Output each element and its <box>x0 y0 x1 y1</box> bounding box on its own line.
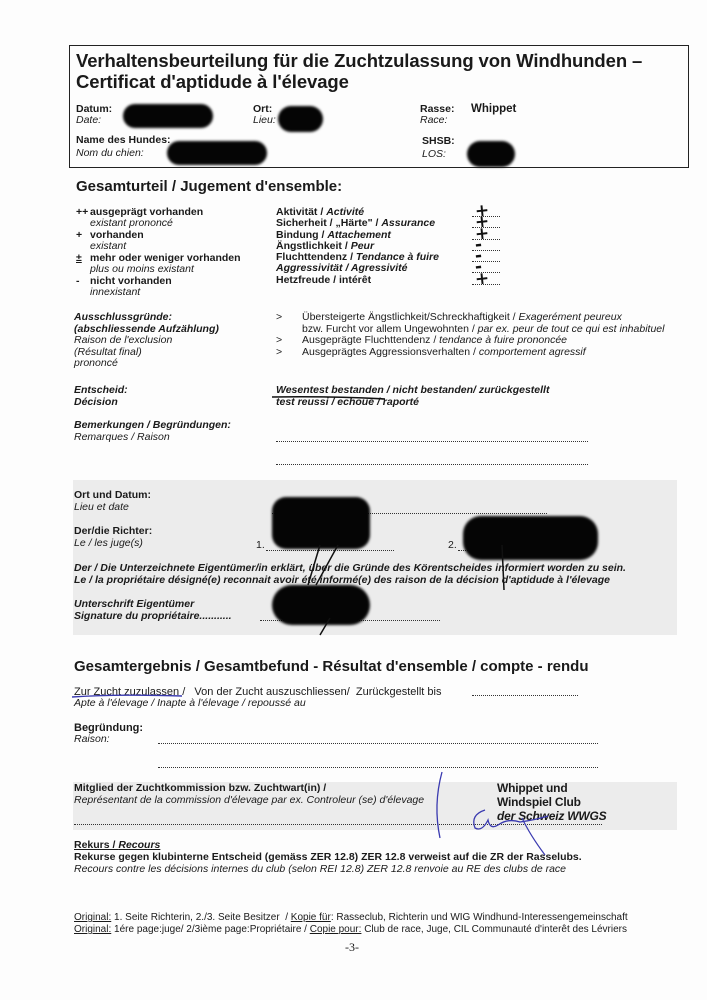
exclusion-de-cont: bzw. Furcht vor allem Ungewohnten / <box>302 323 478 335</box>
lieu-label: Lieu: <box>253 115 276 127</box>
redacted-place <box>278 106 323 132</box>
exclusion-item: >Übersteigerte Ängstlichkeit/Schreckhaft… <box>276 312 664 335</box>
remarks-line-1[interactable] <box>276 441 588 442</box>
los-label: LOS: <box>422 149 446 161</box>
trait-de: Ängstlichkeit / <box>276 240 351 252</box>
title-line-2: Certificat d'aptidude à l'élevage <box>76 71 642 92</box>
decision-handwritten-underline <box>270 393 390 407</box>
trait-list: Aktivität / Activité+Sicherheit / „Härte… <box>276 207 526 286</box>
plus-mark-icon: + <box>474 270 490 288</box>
exclusion-fr-cont: par ex. peur de tout ce qui est inhabitu… <box>478 323 665 335</box>
legend-symbol: - <box>76 276 80 288</box>
copy-label-fr: Copie pour: <box>310 924 362 935</box>
exclusion-de: Übersteigerte Ängstlichkeit/Schreckhafti… <box>302 311 519 323</box>
bullet-arrow-icon: > <box>276 347 282 359</box>
exclusion-de: Ausgeprägte Fluchttendenz / <box>302 334 439 346</box>
orig-text-de: 1. Seite Richterin, 2./3. Seite Besitzer… <box>111 912 291 923</box>
place-date-label: Ort und Datum: Lieu et date <box>74 490 151 513</box>
shsb-label: SHSB: <box>422 136 455 148</box>
place-date-de: Ort und Datum: <box>74 490 151 502</box>
commission-label-de: Mitglied der Zuchtkommission bzw. Zuchtw… <box>74 783 424 795</box>
appeal-heading-fr: Recours <box>118 839 160 851</box>
reason-label: Begründung: Raison: <box>74 722 143 746</box>
copy-label-de: Kopie für <box>291 912 331 923</box>
trait-de: Bindung / <box>276 229 327 241</box>
breed-value: Whippet <box>471 103 516 115</box>
trait-fr: Peur <box>351 240 374 252</box>
decision-label-de: Entscheid: <box>74 385 128 397</box>
redacted-registry <box>467 141 515 167</box>
trait-fr: Agressivité <box>351 262 408 274</box>
footer-distribution-fr: Original: 1ére page:juge/ 2/3ième page:P… <box>74 924 627 935</box>
owner-sig-fr: Signature du propriétaire........... <box>74 611 232 623</box>
redacted-dog-name <box>167 141 267 165</box>
redacted-date <box>123 104 213 128</box>
reason-fr: Raison: <box>74 734 143 746</box>
trait-label: Hetzfreude / intérêt <box>276 275 371 287</box>
trait-fr: intérêt <box>339 274 371 286</box>
result-heading: Gesamtergebnis / Gesamtbefund - Résultat… <box>74 658 589 675</box>
trait-de: Hetzfreude / <box>276 274 339 286</box>
appeal-heading: Rekurs / Recours <box>74 840 160 852</box>
judges-de: Der/die Richter: <box>74 526 152 538</box>
exclusion-de: Ausgeprägtes Aggressionsverhalten / <box>302 346 479 358</box>
chien-label: Nom du chien: <box>76 148 144 160</box>
bullet-arrow-icon: > <box>276 335 282 347</box>
exclusion-label-fr-1: Raison de l'exclusion <box>74 335 219 347</box>
exclusion-fr: Exagerément peureux <box>519 311 622 323</box>
trait-row: Hetzfreude / intérêt+ <box>276 275 526 286</box>
footer-distribution-de: Original: 1. Seite Richterin, 2./3. Seit… <box>74 912 628 923</box>
commission-label: Mitglied der Zuchtkommission bzw. Zuchtw… <box>74 783 424 806</box>
orig-label-fr: Original: <box>74 924 111 935</box>
judges-label: Der/die Richter: Le / les juge(s) <box>74 526 152 549</box>
exclusion-label-de-1: Ausschlussgründe: <box>74 312 219 324</box>
appeal-text-fr: Recours contre les décisions internes du… <box>74 864 566 876</box>
race-label: Race: <box>420 115 447 127</box>
legend-symbol: ++ <box>76 207 88 219</box>
judge-1-number: 1. <box>256 540 265 552</box>
trait-de: Fluchttendenz / <box>276 251 356 263</box>
judges-fr: Le / les juge(s) <box>74 538 152 550</box>
trait-fr: Activité <box>326 206 364 218</box>
exclusion-reasons: >Übersteigerte Ängstlichkeit/Schreckhaft… <box>276 312 664 358</box>
document-title: Verhaltensbeurteilung für die Zuchtzulas… <box>76 50 642 92</box>
legend-fr: existant prononcé <box>90 218 173 230</box>
postponed-until-line[interactable] <box>472 695 578 696</box>
date-label: Date: <box>76 115 101 127</box>
commission-signature <box>430 770 580 860</box>
trait-fr: Assurance <box>381 217 435 229</box>
overall-heading: Gesamturteil / Jugement d'ensemble: <box>76 178 342 195</box>
remarks-label-de: Bemerkungen / Begründungen: <box>74 420 231 432</box>
legend-symbol: + <box>76 230 82 242</box>
exclusion-label-fr-3: prononcé <box>74 358 219 370</box>
remarks-line-2[interactable] <box>276 464 588 465</box>
remarks-label: Bemerkungen / Begründungen: Remarques / … <box>74 420 231 443</box>
legend-fr: existant <box>90 241 126 253</box>
place-date-fr: Lieu et date <box>74 502 151 514</box>
decision-label: Entscheid: Décision <box>74 385 128 408</box>
trait-fr: Tendance à fuire <box>356 251 439 263</box>
appeal-heading-de: Rekurs / <box>74 839 118 851</box>
owner-sig-de: Unterschrift Eigentümer <box>74 599 232 611</box>
orig-label-de: Original: <box>74 912 111 923</box>
reason-line-2[interactable] <box>158 767 598 768</box>
exclusion-fr: tendance à fuire prononcée <box>439 334 567 346</box>
exclusion-fr: comportement agressif <box>479 346 586 358</box>
trait-de: Sicherheit / „Härte" / <box>276 217 381 229</box>
trait-de: Aktivität / <box>276 206 326 218</box>
title-line-1: Verhaltensbeurteilung für die Zuchtzulas… <box>76 50 642 71</box>
exclusion-item: >Ausgeprägtes Aggressionsverhalten / com… <box>276 347 664 359</box>
decision-label-fr: Décision <box>74 397 128 409</box>
copy-text-de: : Rasseclub, Richterin und WIG Windhund-… <box>331 912 628 923</box>
commission-label-fr: Représentant de la commission d'élevage … <box>74 795 424 807</box>
trait-fr: Attachement <box>327 229 391 241</box>
exclusion-label: Ausschlussgründe: (abschliessende Aufzäh… <box>74 312 219 370</box>
page-number: -3- <box>345 940 359 955</box>
legend-symbol: ± <box>76 253 82 265</box>
orig-text-fr: 1ére page:juge/ 2/3ième page:Propriétair… <box>111 924 309 935</box>
owner-signature-label: Unterschrift Eigentümer Signature du pro… <box>74 599 232 622</box>
reason-line-1[interactable] <box>158 743 598 744</box>
bullet-arrow-icon: > <box>276 312 282 324</box>
trait-de: Aggressivität / <box>276 262 351 274</box>
handwritten-signature-strokes <box>270 540 610 640</box>
appeal-text-de: Rekurse gegen klubinterne Entscheid (gem… <box>74 852 582 864</box>
result-options-fr: Apte à l'élevage / Inapte à l'élevage / … <box>74 698 306 710</box>
hund-label: Name des Hundes: <box>76 135 171 147</box>
copy-text-fr: Club de race, Juge, CIL Communauté d'int… <box>361 924 627 935</box>
legend-fr: innexistant <box>90 287 140 299</box>
remarks-label-fr: Remarques / Raison <box>74 432 231 444</box>
legend-fr: plus ou moins existant <box>90 264 194 276</box>
